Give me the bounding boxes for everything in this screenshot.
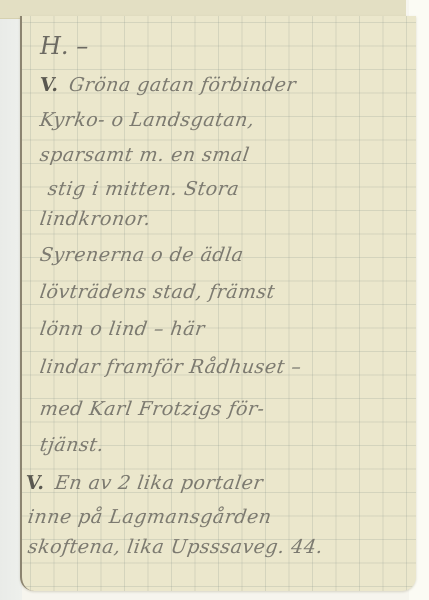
text-line: sparsamt m. en smal	[38, 144, 250, 166]
text-line: Kyrko- o Landsgatan,	[38, 109, 256, 131]
line-text: En av 2 lika portaler	[54, 472, 265, 494]
text-line: inne på Lagmansgården	[26, 506, 273, 528]
notebook-page: H. – V.Gröna gatan förbinder Kyrko- o La…	[20, 16, 416, 591]
entry-marker: V.	[38, 74, 60, 96]
text-line: lindar framför Rådhuset –	[38, 356, 303, 378]
text-line: Syrenerna o de ädla	[38, 244, 245, 266]
line-text: Gröna gatan förbinder	[68, 74, 298, 96]
handwritten-text: H. – V.Gröna gatan förbinder Kyrko- o La…	[22, 16, 416, 591]
text-line: lönn o lind – här	[38, 318, 206, 340]
text-line: lövträdens stad, främst	[38, 281, 276, 303]
text-line: lindkronor.	[38, 208, 152, 230]
text-line: V.Gröna gatan förbinder	[38, 74, 297, 96]
text-line: stig i mitten. Stora	[46, 178, 240, 200]
text-line: V.En av 2 lika portaler	[24, 472, 264, 494]
text-line: med Karl Frotzigs för-	[38, 398, 266, 420]
page-heading: H. –	[40, 32, 88, 60]
entry-marker: V.	[24, 472, 46, 494]
backdrop-left	[0, 0, 22, 600]
text-line: tjänst.	[38, 434, 105, 456]
text-line: skoftena, lika Upsssaveg. 44.	[26, 536, 324, 558]
